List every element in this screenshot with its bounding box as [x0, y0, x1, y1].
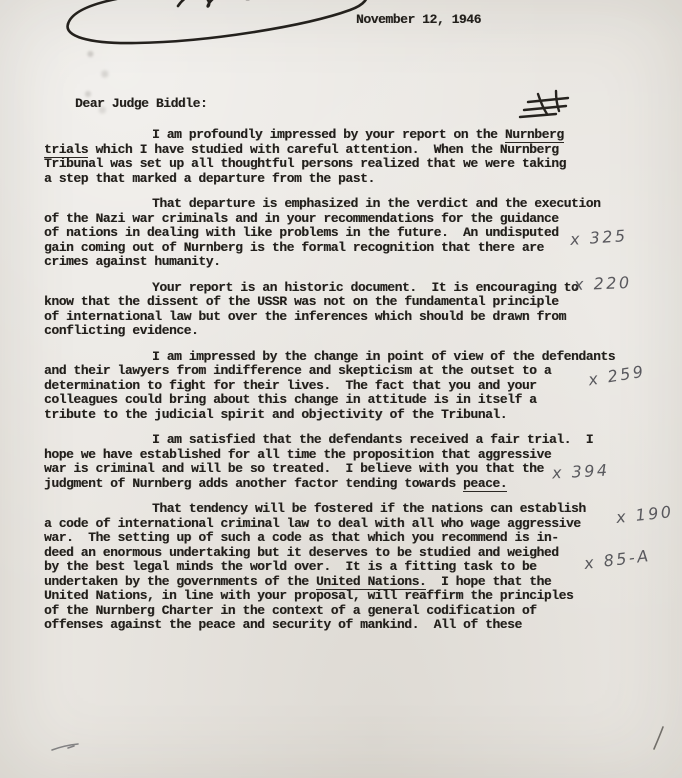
text-segment: a code of international criminal law to …: [44, 516, 581, 531]
text-segment: hope we have established for all time th…: [44, 447, 551, 462]
letter-line: of nations in dealing with like problems…: [44, 226, 636, 241]
letter-line: judgment of Nurnberg adds another factor…: [44, 477, 636, 492]
text-segment: a step that marked a departure from the …: [44, 171, 375, 186]
text-segment: I am profoundly impressed by your report…: [152, 127, 505, 142]
pencil-dash-mark: [48, 738, 98, 754]
text-segment: undertaken by the governments of the: [44, 574, 316, 589]
letter-line: colleagues could bring about this change…: [44, 393, 636, 408]
paragraph: I am satisfied that the defendants recei…: [44, 433, 636, 491]
letter-line: a code of international criminal law to …: [44, 517, 636, 532]
circled-scribble-mark: [58, 0, 388, 58]
text-segment: of nations in dealing with like problems…: [44, 225, 559, 240]
letter-line: crimes against humanity.: [44, 255, 636, 270]
text-segment: Your report is an historic document. It …: [152, 280, 578, 295]
text-segment: determination to fight for their lives. …: [44, 378, 537, 393]
text-segment: judgment of Nurnberg adds another factor…: [44, 476, 463, 491]
hash-annotation-mark: [516, 88, 586, 124]
text-segment: war is criminal and will be so treated. …: [44, 461, 544, 476]
letter-line: That tendency will be fostered if the na…: [44, 502, 636, 517]
letter-line: deed an enormous undertaking but it dese…: [44, 546, 636, 561]
letter-line: Your report is an historic document. It …: [44, 281, 636, 296]
letter-line: a step that marked a departure from the …: [44, 172, 636, 187]
text-segment: of the Nurnberg Charter in the context o…: [44, 603, 537, 618]
text-segment: gain coming out of Nurnberg is the forma…: [44, 240, 544, 255]
letter-line: That departure is emphasized in the verd…: [44, 197, 636, 212]
text-segment: conflicting evidence.: [44, 323, 198, 338]
text-segment: crimes against humanity.: [44, 254, 220, 269]
letter-line: of the Nurnberg Charter in the context o…: [44, 604, 636, 619]
text-segment: colleagues could bring about this change…: [44, 392, 537, 407]
letter-line: know that the dissent of the USSR was no…: [44, 295, 636, 310]
letter-line: by the best legal minds the world over. …: [44, 560, 636, 575]
text-segment: tribute to the judicial spirit and objec…: [44, 407, 507, 422]
date-line: November 12, 1946: [356, 12, 481, 27]
letter-line: conflicting evidence.: [44, 324, 636, 339]
letter-line: offenses against the peace and security …: [44, 618, 636, 633]
paragraph: I am profoundly impressed by your report…: [44, 128, 636, 186]
underlined-text: peace.: [463, 476, 507, 492]
text-segment: That tendency will be fostered if the na…: [152, 501, 586, 516]
text-segment: I am satisfied that the defendants recei…: [152, 432, 593, 447]
letter-line: war is criminal and will be so treated. …: [44, 462, 636, 477]
text-segment: That departure is emphasized in the verd…: [152, 196, 600, 211]
letter-line: trials which I have studied with careful…: [44, 143, 636, 158]
paragraph: I am impressed by the change in point of…: [44, 350, 636, 423]
letter-line: war. The setting up of such a code as th…: [44, 531, 636, 546]
text-segment: offenses against the peace and security …: [44, 617, 522, 632]
scanned-letter-page: November 12, 1946 Dear Judge Biddle: I a…: [0, 0, 682, 778]
letter-line: I am satisfied that the defendants recei…: [44, 433, 636, 448]
letter-line: gain coming out of Nurnberg is the forma…: [44, 241, 636, 256]
letter-line: I am impressed by the change in point of…: [44, 350, 636, 365]
margin-note: x 394: [552, 461, 611, 483]
text-segment: I am impressed by the change in point of…: [152, 349, 615, 364]
text-segment: know that the dissent of the USSR was no…: [44, 294, 559, 309]
letter-line: determination to fight for their lives. …: [44, 379, 636, 394]
salutation: Dear Judge Biddle:: [75, 96, 207, 111]
letter-line: Tribunal was set up all thoughtful perso…: [44, 157, 636, 172]
paragraph: That departure is emphasized in the verd…: [44, 197, 636, 270]
letter-body: I am profoundly impressed by your report…: [44, 128, 636, 644]
letter-line: undertaken by the governments of the Uni…: [44, 575, 636, 590]
text-segment: of the Nazi war criminals and in your re…: [44, 211, 559, 226]
paragraph: Your report is an historic document. It …: [44, 281, 636, 339]
text-segment: by the best legal minds the world over. …: [44, 559, 537, 574]
text-segment: war. The setting up of such a code as th…: [44, 530, 559, 545]
text-segment: deed an enormous undertaking but it dese…: [44, 545, 559, 560]
margin-note: x 325: [569, 226, 628, 249]
letter-line: United Nations, in line with your propos…: [44, 589, 636, 604]
text-segment: and their lawyers from indifference and …: [44, 363, 551, 378]
letter-line: I am profoundly impressed by your report…: [44, 128, 636, 143]
letter-line: tribute to the judicial spirit and objec…: [44, 408, 636, 423]
text-segment: United Nations, in line with your propos…: [44, 588, 573, 603]
text-segment: I hope that the: [426, 574, 551, 589]
margin-note: x 220: [574, 273, 632, 294]
slash-mark: [648, 724, 668, 752]
text-segment: which I have studied with careful attent…: [88, 142, 558, 157]
letter-line: of international law but over the infere…: [44, 310, 636, 325]
text-segment: Tribunal was set up all thoughtful perso…: [44, 156, 566, 171]
paragraph: That tendency will be fostered if the na…: [44, 502, 636, 633]
letter-line: and their lawyers from indifference and …: [44, 364, 636, 379]
letter-line: hope we have established for all time th…: [44, 448, 636, 463]
text-segment: of international law but over the infere…: [44, 309, 566, 324]
letter-line: of the Nazi war criminals and in your re…: [44, 212, 636, 227]
